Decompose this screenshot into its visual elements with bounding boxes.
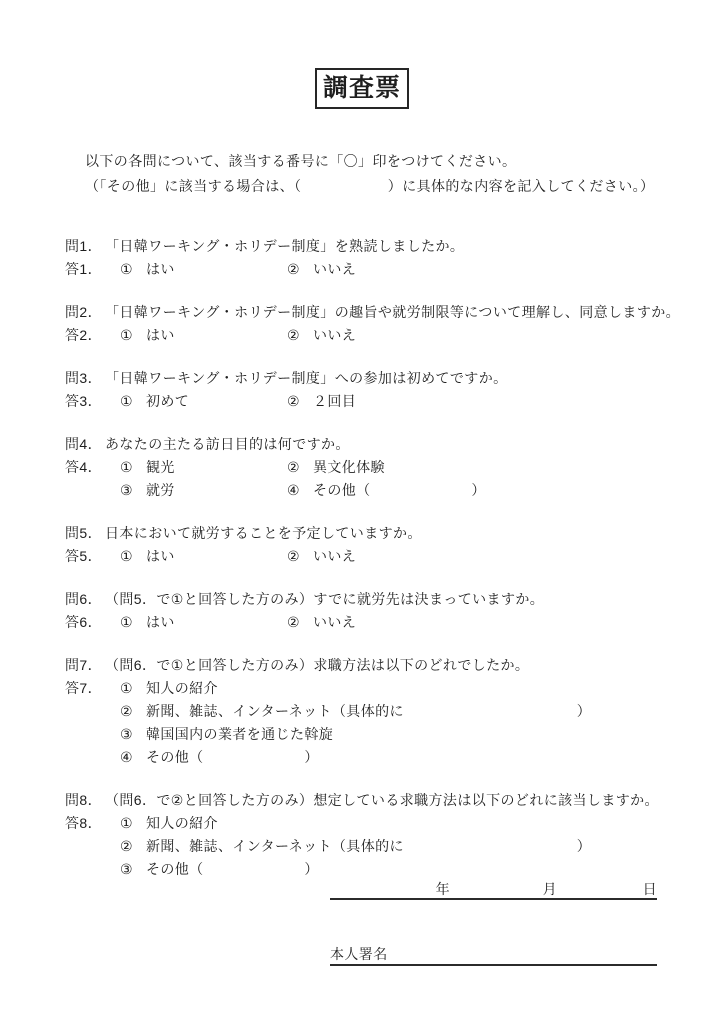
option-1[interactable]: ①知人の紹介 (120, 812, 218, 835)
circled-number-icon: ② (287, 258, 300, 281)
answer-row: ②新聞、雑誌、インターネット（具体的に ） (65, 700, 724, 723)
option-text: はい (146, 545, 175, 568)
option-group: ②新聞、雑誌、インターネット（具体的に ） (120, 700, 591, 723)
answer-rows: 答1．①はい②いいえ (65, 258, 724, 281)
answer-row: ③就労④その他（ ） (65, 479, 724, 502)
answer-row: 答1．①はい②いいえ (65, 258, 724, 281)
option-2[interactable]: ②いいえ (287, 611, 454, 634)
option-1[interactable]: ①はい (120, 611, 287, 634)
answer-row: 答8．①知人の紹介 (65, 812, 724, 835)
option-2[interactable]: ②いいえ (287, 324, 454, 347)
question-list: 問1． 「日韓ワーキング・ホリデー制度」を熟読しましたか。 答1．①はい②いいえ… (65, 235, 724, 881)
option-group: ①はい②いいえ (120, 611, 454, 634)
answer-rows: 答3．①初めて②２回目 (65, 390, 724, 413)
answer-rows: 答8．①知人の紹介②新聞、雑誌、インターネット（具体的に ）③その他（ ） (65, 812, 724, 881)
option-group: ③韓国国内の業者を通じた斡旋 (120, 723, 333, 746)
circled-number-icon: ② (287, 390, 300, 413)
question-label: 問7． (65, 654, 105, 677)
option-2[interactable]: ②新聞、雑誌、インターネット（具体的に ） (120, 835, 591, 858)
date-field[interactable]: 年 月 日 (330, 881, 657, 900)
answer-label: 答3． (65, 390, 105, 413)
circled-number-icon: ② (287, 611, 300, 634)
survey-form-page: 調査票 以下の各問について、該当する番号に「〇」印をつけてください。 （「その他… (0, 0, 724, 1024)
circled-number-icon: ③ (120, 723, 133, 746)
question-label: 問5． (65, 522, 105, 545)
answer-row: 答3．①初めて②２回目 (65, 390, 724, 413)
option-text: はい (146, 324, 175, 347)
instruction-line-2: （「その他」に該当する場合は、（ ）に具体的な内容を記入してください。） (85, 174, 724, 199)
question-row: 問7． （問6．で①と回答した方のみ）求職方法は以下のどれでしたか。 (65, 654, 724, 677)
question-block-4: 問4． あなたの主たる訪日目的は何ですか。 答4．①観光②異文化体験③就労④その… (65, 433, 724, 502)
signature-label: 本人署名 (330, 946, 388, 962)
option-4[interactable]: ④その他（ ） (120, 746, 319, 769)
option-text: いいえ (313, 258, 356, 281)
option-group: ①初めて②２回目 (120, 390, 454, 413)
day-label: 日 (557, 881, 657, 898)
question-row: 問3． 「日韓ワーキング・ホリデー制度」への参加は初めてですか。 (65, 367, 724, 390)
answer-label: 答7． (65, 677, 105, 700)
answer-row: 答2．①はい②いいえ (65, 324, 724, 347)
question-text: （問6．で①と回答した方のみ）求職方法は以下のどれでしたか。 (105, 654, 529, 677)
answer-label: 答5． (65, 545, 105, 568)
option-3[interactable]: ③その他（ ） (120, 858, 319, 881)
option-text: 新聞、雑誌、インターネット（具体的に ） (146, 700, 591, 723)
year-label: 年 (330, 881, 450, 898)
option-text: 韓国国内の業者を通じた斡旋 (146, 723, 333, 746)
option-group: ①観光②異文化体験 (120, 456, 454, 479)
circled-number-icon: ① (120, 390, 133, 413)
answer-label (65, 835, 105, 858)
circled-number-icon: ② (287, 545, 300, 568)
question-block-8: 問8． （問6．で②と回答した方のみ）想定している求職方法は以下のどれに該当しま… (65, 789, 724, 881)
question-text: 「日韓ワーキング・ホリデー制度」の趣旨や就労制限等について理解し、同意しますか。 (105, 301, 680, 324)
question-row: 問8． （問6．で②と回答した方のみ）想定している求職方法は以下のどれに該当しま… (65, 789, 724, 812)
answer-label: 答1． (65, 258, 105, 281)
option-group: ①はい②いいえ (120, 258, 454, 281)
answer-row: ②新聞、雑誌、インターネット（具体的に ） (65, 835, 724, 858)
option-2[interactable]: ②いいえ (287, 258, 454, 281)
question-row: 問2． 「日韓ワーキング・ホリデー制度」の趣旨や就労制限等について理解し、同意し… (65, 301, 724, 324)
circled-number-icon: ③ (120, 479, 133, 502)
option-text: 異文化体験 (313, 456, 385, 479)
option-1[interactable]: ①はい (120, 258, 287, 281)
question-label: 問2． (65, 301, 105, 324)
option-group: ④その他（ ） (120, 746, 319, 769)
answer-rows: 答7．①知人の紹介②新聞、雑誌、インターネット（具体的に ）③韓国国内の業者を通… (65, 677, 724, 769)
option-text: 初めて (146, 390, 189, 413)
option-group: ②新聞、雑誌、インターネット（具体的に ） (120, 835, 591, 858)
month-label: 月 (450, 881, 557, 898)
answer-row: 答4．①観光②異文化体験 (65, 456, 724, 479)
option-group: ③就労④その他（ ） (120, 479, 486, 502)
question-label: 問3． (65, 367, 105, 390)
option-text: 新聞、雑誌、インターネット（具体的に ） (146, 835, 591, 858)
circled-number-icon: ① (120, 545, 133, 568)
option-text: 観光 (146, 456, 175, 479)
title-wrap: 調査票 (0, 0, 724, 109)
option-group: ③その他（ ） (120, 858, 319, 881)
question-text: （問6．で②と回答した方のみ）想定している求職方法は以下のどれに該当しますか。 (105, 789, 659, 812)
option-1[interactable]: ①観光 (120, 456, 287, 479)
option-text: ２回目 (313, 390, 356, 413)
option-2[interactable]: ②２回目 (287, 390, 454, 413)
answer-label: 答4． (65, 456, 105, 479)
question-label: 問6． (65, 588, 105, 611)
answer-label: 答8． (65, 812, 105, 835)
question-label: 問8． (65, 789, 105, 812)
option-group: ①はい②いいえ (120, 324, 454, 347)
circled-number-icon: ④ (120, 746, 133, 769)
instructions: 以下の各問について、該当する番号に「〇」印をつけてください。 （「その他」に該当… (85, 149, 724, 199)
answer-row: 答6．①はい②いいえ (65, 611, 724, 634)
answer-row: 答7．①知人の紹介 (65, 677, 724, 700)
option-group: ①知人の紹介 (120, 677, 218, 700)
option-text: いいえ (313, 324, 356, 347)
answer-row: ③韓国国内の業者を通じた斡旋 (65, 723, 724, 746)
option-text: いいえ (313, 545, 356, 568)
option-4[interactable]: ④その他（ ） (287, 479, 486, 502)
answer-row: 答5．①はい②いいえ (65, 545, 724, 568)
circled-number-icon: ① (120, 324, 133, 347)
question-text: （問5．で①と回答した方のみ）すでに就労先は決まっていますか。 (105, 588, 544, 611)
option-group: ①はい②いいえ (120, 545, 454, 568)
circled-number-icon: ① (120, 258, 133, 281)
option-1[interactable]: ①知人の紹介 (120, 677, 218, 700)
question-text: 「日韓ワーキング・ホリデー制度」への参加は初めてですか。 (105, 367, 508, 390)
question-label: 問1． (65, 235, 105, 258)
circled-number-icon: ④ (287, 479, 300, 502)
question-row: 問5． 日本において就労することを予定していますか。 (65, 522, 724, 545)
answer-label (65, 858, 105, 881)
answer-label (65, 700, 105, 723)
answer-label (65, 479, 105, 502)
form-title: 調査票 (315, 68, 409, 109)
answer-rows: 答4．①観光②異文化体験③就労④その他（ ） (65, 456, 724, 502)
instruction-line-1: 以下の各問について、該当する番号に「〇」印をつけてください。 (85, 149, 724, 174)
option-group: ①知人の紹介 (120, 812, 218, 835)
circled-number-icon: ② (120, 700, 133, 723)
circled-number-icon: ② (120, 835, 133, 858)
circled-number-icon: ② (287, 456, 300, 479)
footer: 年 月 日 本人署名 (330, 881, 724, 966)
question-row: 問1． 「日韓ワーキング・ホリデー制度」を熟読しましたか。 (65, 235, 724, 258)
answer-label: 答2． (65, 324, 105, 347)
question-text: 日本において就労することを予定していますか。 (105, 522, 422, 545)
option-text: その他（ ） (146, 858, 319, 881)
answer-label (65, 723, 105, 746)
option-text: いいえ (313, 611, 356, 634)
circled-number-icon: ① (120, 812, 133, 835)
option-1[interactable]: ①初めて (120, 390, 287, 413)
answer-row: ④その他（ ） (65, 746, 724, 769)
question-text: あなたの主たる訪日目的は何ですか。 (105, 433, 350, 456)
question-block-5: 問5． 日本において就労することを予定していますか。 答5．①はい②いいえ (65, 522, 724, 568)
question-label: 問4． (65, 433, 105, 456)
option-3[interactable]: ③韓国国内の業者を通じた斡旋 (120, 723, 333, 746)
circled-number-icon: ① (120, 456, 133, 479)
option-text: その他（ ） (146, 746, 319, 769)
question-text: 「日韓ワーキング・ホリデー制度」を熟読しましたか。 (105, 235, 464, 258)
option-text: 知人の紹介 (146, 677, 218, 700)
question-row: 問6． （問5．で①と回答した方のみ）すでに就労先は決まっていますか。 (65, 588, 724, 611)
circled-number-icon: ③ (120, 858, 133, 881)
option-text: その他（ ） (313, 479, 486, 502)
answer-rows: 答6．①はい②いいえ (65, 611, 724, 634)
option-1[interactable]: ①はい (120, 324, 287, 347)
question-block-7: 問7． （問6．で①と回答した方のみ）求職方法は以下のどれでしたか。 答7．①知… (65, 654, 724, 769)
answer-label: 答6． (65, 611, 105, 634)
option-text: はい (146, 258, 175, 281)
signature-field[interactable]: 本人署名 (330, 945, 657, 966)
answer-rows: 答5．①はい②いいえ (65, 545, 724, 568)
circled-number-icon: ① (120, 611, 133, 634)
question-block-1: 問1． 「日韓ワーキング・ホリデー制度」を熟読しましたか。 答1．①はい②いいえ (65, 235, 724, 281)
option-1[interactable]: ①はい (120, 545, 287, 568)
circled-number-icon: ① (120, 677, 133, 700)
answer-label (65, 746, 105, 769)
option-2[interactable]: ②異文化体験 (287, 456, 454, 479)
option-text: 就労 (146, 479, 175, 502)
question-block-3: 問3． 「日韓ワーキング・ホリデー制度」への参加は初めてですか。 答3．①初めて… (65, 367, 724, 413)
option-text: はい (146, 611, 175, 634)
question-block-6: 問6． （問5．で①と回答した方のみ）すでに就労先は決まっていますか。 答6．①… (65, 588, 724, 634)
question-block-2: 問2． 「日韓ワーキング・ホリデー制度」の趣旨や就労制限等について理解し、同意し… (65, 301, 724, 347)
option-2[interactable]: ②新聞、雑誌、インターネット（具体的に ） (120, 700, 591, 723)
option-3[interactable]: ③就労 (120, 479, 287, 502)
option-2[interactable]: ②いいえ (287, 545, 454, 568)
option-text: 知人の紹介 (146, 812, 218, 835)
circled-number-icon: ② (287, 324, 300, 347)
question-row: 問4． あなたの主たる訪日目的は何ですか。 (65, 433, 724, 456)
answer-row: ③その他（ ） (65, 858, 724, 881)
answer-rows: 答2．①はい②いいえ (65, 324, 724, 347)
